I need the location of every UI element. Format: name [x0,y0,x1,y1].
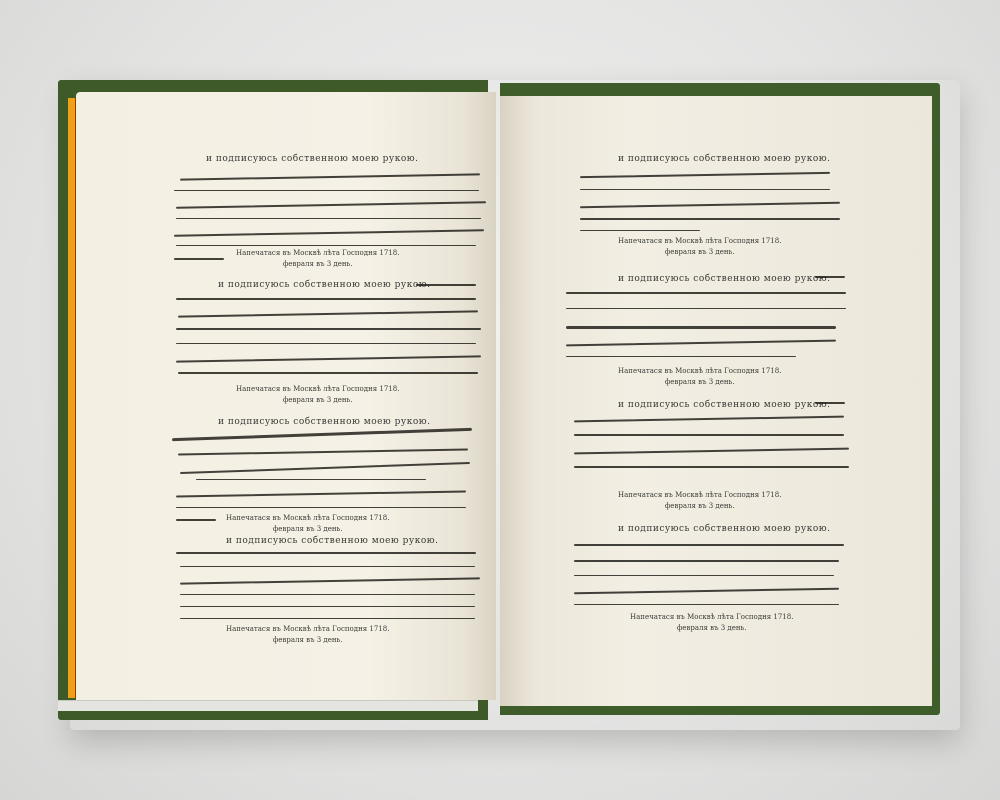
imprint-line: Напечатася въ Москвѣ лѣта Господня 1718. [618,366,781,377]
caption: и подписуюсь собственною моею рукою. [618,400,830,410]
left-page: и подписуюсь собственною моею рукою. Нап… [76,92,496,700]
book-edge-orange [68,98,75,698]
imprint-line: Напечатася въ Москвѣ лѣта Господня 1718. [618,490,781,501]
caption: и подписуюсь собственною моею рукою. [218,280,430,290]
imprint: Напечатася въ Москвѣ лѣта Господня 1718.… [236,384,399,406]
imprint-date: февраля въ 3 день. [618,501,781,512]
imprint-line: Напечатася въ Москвѣ лѣта Господня 1718. [226,513,389,524]
caption: и подписуюсь собственною моею рукою. [618,524,830,534]
imprint-date: февраля въ 3 день. [226,524,389,535]
imprint-line: Напечатася въ Москвѣ лѣта Господня 1718. [226,624,389,635]
caption: и подписуюсь собственною моею рукою. [618,154,830,164]
signature-block: и подписуюсь собственною моею рукою. Нап… [76,280,496,410]
imprint-date: февраля въ 3 день. [618,377,781,388]
signature-block: и подписуюсь собственною моею рукою. Нап… [500,154,932,254]
imprint-date: февраля въ 3 день. [630,623,793,634]
signature-block: и подписуюсь собственною моею рукою. Нап… [76,536,496,656]
imprint-line: Напечатася въ Москвѣ лѣта Господня 1718. [618,236,781,247]
imprint: Напечатася въ Москвѣ лѣта Господня 1718.… [226,513,389,535]
caption: и подписуюсь собственною моею рукою. [206,154,418,164]
imprint-date: февраля въ 3 день. [236,395,399,406]
caption: и подписуюсь собственною моею рукою. [218,417,430,427]
signature-block: и подписуюсь собственною моею рукою. Нап… [500,274,932,384]
imprint: Напечатася въ Москвѣ лѣта Господня 1718.… [618,366,781,388]
signature-block: и подписуюсь собственною моею рукою. Нап… [500,400,932,510]
imprint: Напечатася въ Москвѣ лѣта Господня 1718.… [226,624,389,646]
caption: и подписуюсь собственною моею рукою. [226,536,438,546]
imprint: Напечатася въ Москвѣ лѣта Господня 1718.… [618,490,781,512]
imprint-line: Напечатася въ Москвѣ лѣта Господня 1718. [236,248,399,259]
imprint: Напечатася въ Москвѣ лѣта Господня 1718.… [618,236,781,258]
imprint-line: Напечатася въ Москвѣ лѣта Господня 1718. [630,612,793,623]
imprint-date: февраля въ 3 день. [618,247,781,258]
imprint-date: февраля въ 3 день. [236,259,399,270]
imprint-line: Напечатася въ Москвѣ лѣта Господня 1718. [236,384,399,395]
caption: и подписуюсь собственною моею рукою. [618,274,830,284]
signature-block: и подписуюсь собственною моею рукою. Нап… [76,417,496,537]
imprint: Напечатася въ Москвѣ лѣта Господня 1718.… [236,248,399,270]
right-page: и подписуюсь собственною моею рукою. Нап… [500,96,932,706]
imprint: Напечатася въ Москвѣ лѣта Господня 1718.… [630,612,793,634]
imprint-date: февраля въ 3 день. [226,635,389,646]
page-edge-bottom [58,700,478,711]
signature-block: и подписуюсь собственною моею рукою. Нап… [76,154,496,274]
signature-block: и подписуюсь собственною моею рукою. Нап… [500,524,932,654]
